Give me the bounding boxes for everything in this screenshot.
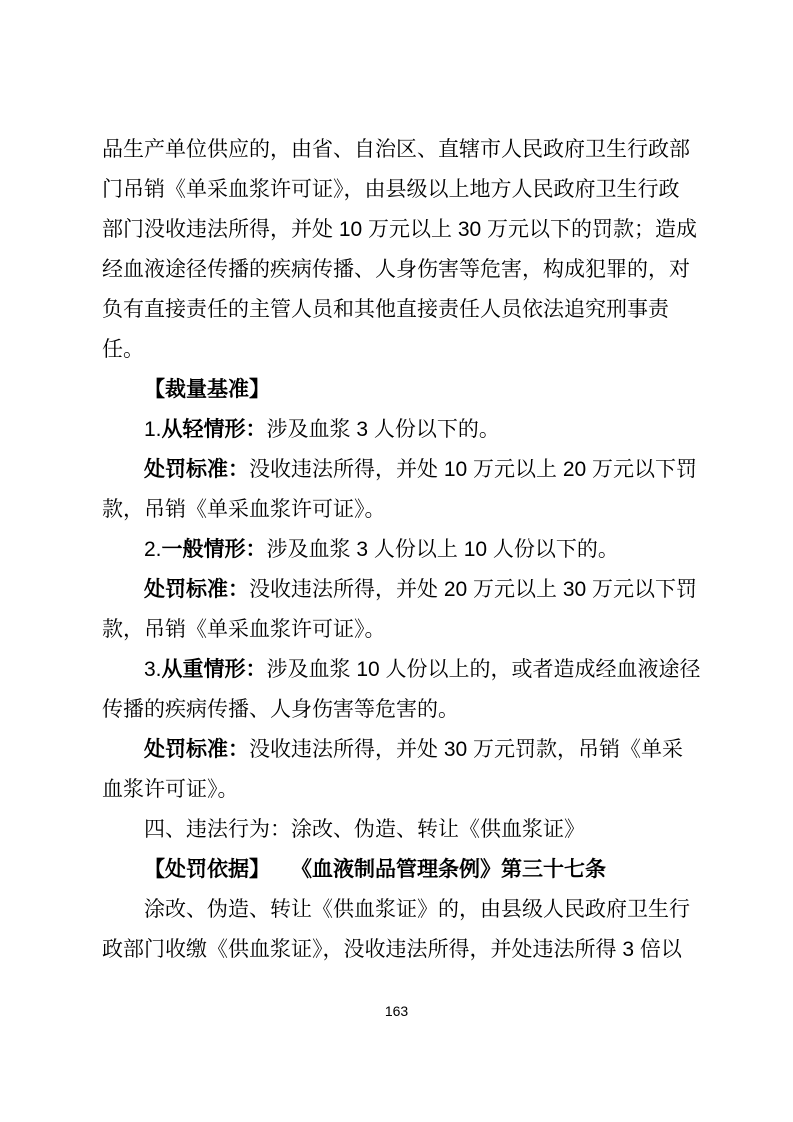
text-segment: 任。: [102, 338, 144, 361]
text-segment: 处罚标准：: [144, 458, 249, 481]
text-line: 传播的疾病传播、人身伤害等危害的。: [102, 690, 764, 730]
text-segment: 经血液途径传播的疾病传播、人身伤害等危害，构成犯罪的，对: [102, 258, 690, 281]
text-line: 【裁量基准】: [102, 370, 764, 410]
text-segment: 《血液制品管理条例》第三十七条: [302, 858, 607, 881]
document-page: 品生产单位供应的，由省、自治区、直辖市人民政府卫生行政部门吊销《单采血浆许可证》…: [0, 0, 793, 1122]
text-segment: 款，吊销《单采血浆许可证》。: [102, 498, 386, 521]
text-line: 款，吊销《单采血浆许可证》。: [102, 610, 764, 650]
text-segment: 款，吊销《单采血浆许可证》。: [102, 618, 386, 641]
text-line: 四、违法行为：涂改、伪造、转让《供血浆证》: [102, 810, 764, 850]
text-line: 2.一般情形：涉及血浆 3 人份以上 10 人份以下的。: [102, 530, 764, 570]
text-segment: 1.: [144, 418, 162, 441]
text-segment: 处罚标准：: [144, 738, 249, 761]
text-segment: 门吊销《单采血浆许可证》，由县级以上地方人民政府卫生行政: [102, 178, 680, 201]
text-line: 【处罚依据】 《血液制品管理条例》第三十七条: [102, 850, 764, 890]
text-segment: 【处罚依据】: [144, 858, 260, 881]
text-line: 门吊销《单采血浆许可证》，由县级以上地方人民政府卫生行政: [102, 170, 764, 210]
text-segment: 部门没收违法所得，并处 10 万元以上 30 万元以下的罚款；造成: [102, 218, 697, 241]
text-segment: 血浆许可证》。: [102, 778, 239, 801]
text-segment: 从轻情形：: [162, 418, 267, 441]
text-segment: 涉及血浆 10 人份以上的，或者造成经血液途径: [267, 658, 701, 681]
text-segment: 品生产单位供应的，由省、自治区、直辖市人民政府卫生行政部: [102, 138, 690, 161]
text-line: 处罚标准：没收违法所得，并处 10 万元以上 20 万元以下罚: [102, 450, 764, 490]
text-line: 涂改、伪造、转让《供血浆证》的，由县级人民政府卫生行: [102, 890, 764, 930]
text-segment: 没收违法所得，并处 20 万元以上 30 万元以下罚: [249, 578, 697, 601]
page-number: 163: [385, 1003, 408, 1019]
text-segment: 四、违法行为：涂改、伪造、转让《供血浆证》: [144, 818, 585, 841]
text-line: 品生产单位供应的，由省、自治区、直辖市人民政府卫生行政部: [102, 130, 764, 170]
text-line: 1.从轻情形：涉及血浆 3 人份以下的。: [102, 410, 764, 450]
text-segment: 传播的疾病传播、人身伤害等危害的。: [102, 698, 459, 721]
text-segment: 涉及血浆 3 人份以下的。: [267, 418, 500, 441]
text-line: 处罚标准：没收违法所得，并处 30 万元罚款，吊销《单采: [102, 730, 764, 770]
text-segment: 政部门收缴《供血浆证》，没收违法所得，并处违法所得 3 倍以: [102, 938, 682, 961]
text-segment: 2.: [144, 538, 162, 561]
text-line: 部门没收违法所得，并处 10 万元以上 30 万元以下的罚款；造成: [102, 210, 764, 250]
text-segment: 没收违法所得，并处 10 万元以上 20 万元以下罚: [249, 458, 697, 481]
page-footer: 163: [0, 1001, 793, 1021]
text-line: 款，吊销《单采血浆许可证》。: [102, 490, 764, 530]
text-line: 3.从重情形：涉及血浆 10 人份以上的，或者造成经血液途径: [102, 650, 764, 690]
text-line: 处罚标准：没收违法所得，并处 20 万元以上 30 万元以下罚: [102, 570, 764, 610]
text-segment: 涉及血浆 3 人份以上 10 人份以下的。: [267, 538, 619, 561]
text-segment: 一般情形：: [162, 538, 267, 561]
text-segment: 处罚标准：: [144, 578, 249, 601]
text-line: 政部门收缴《供血浆证》，没收违法所得，并处违法所得 3 倍以: [102, 930, 764, 970]
text-segment: 【裁量基准】: [144, 378, 270, 401]
document-body: 品生产单位供应的，由省、自治区、直辖市人民政府卫生行政部门吊销《单采血浆许可证》…: [102, 130, 764, 970]
text-line: 任。: [102, 330, 764, 370]
text-segment: 负有直接责任的主管人员和其他直接责任人员依法追究刑事责: [102, 298, 669, 321]
text-segment: 从重情形：: [162, 658, 267, 681]
text-segment: [260, 858, 302, 881]
text-segment: 3.: [144, 658, 162, 681]
text-line: 经血液途径传播的疾病传播、人身伤害等危害，构成犯罪的，对: [102, 250, 764, 290]
text-line: 血浆许可证》。: [102, 770, 764, 810]
text-segment: 没收违法所得，并处 30 万元罚款，吊销《单采: [249, 738, 683, 761]
text-line: 负有直接责任的主管人员和其他直接责任人员依法追究刑事责: [102, 290, 764, 330]
text-segment: 涂改、伪造、转让《供血浆证》的，由县级人民政府卫生行: [144, 898, 690, 921]
